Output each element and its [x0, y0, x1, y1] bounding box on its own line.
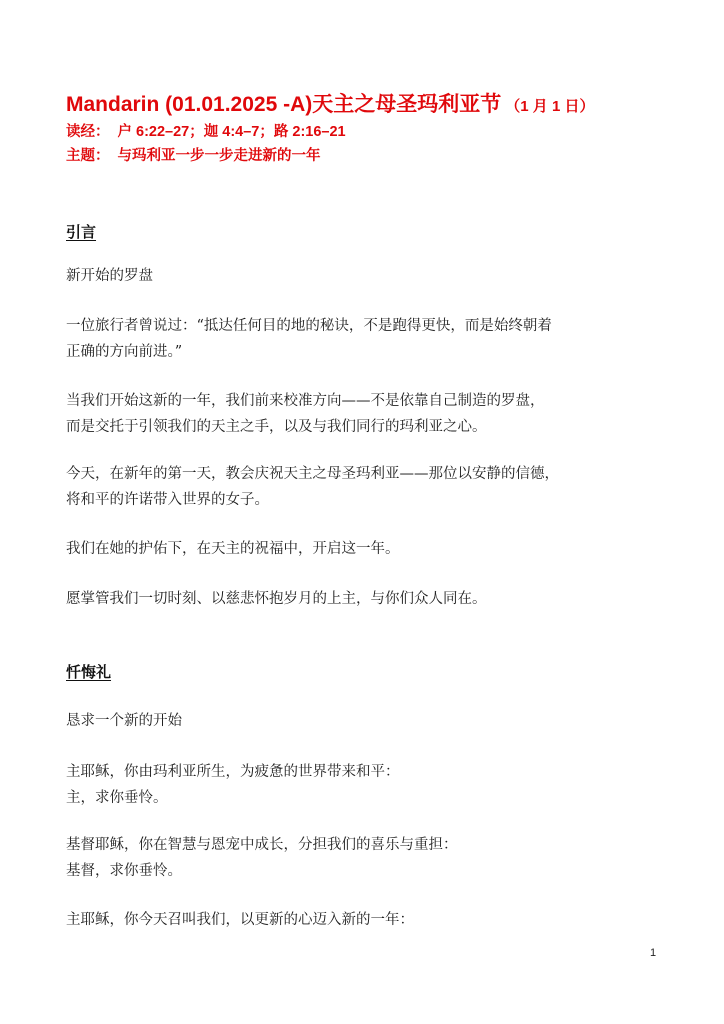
- paragraph-line: 当我们开始这新的一年，我们前来校准方向——不是依靠自己制造的罗盘，: [66, 388, 545, 414]
- paragraph-line: 恳求一个新的开始: [66, 708, 182, 734]
- theme-label: 主题：: [66, 148, 110, 164]
- title-text: Mandarin (01.01.2025 -A)天主之母圣玛利亚节: [66, 93, 501, 116]
- paragraph-line: 而是交托于引领我们的天主之手，以及与我们同行的玛利亚之心。: [66, 414, 545, 440]
- intro-paragraph-protection: 我们在她的护佑下，在天主的祝福中，开启这一年。: [66, 536, 400, 562]
- paragraph-line: 主耶稣，你今天召叫我们，以更新的心迈入新的一年：: [66, 907, 414, 933]
- penitential-invocation-2: 基督耶稣，你在智慧与恩宠中成长，分担我们的喜乐与重担： 基督，求你垂怜。: [66, 832, 458, 884]
- penitential-invocation-1: 主耶稣，你由玛利亚所生，为疲惫的世界带来和平： 主，求你垂怜。: [66, 759, 400, 811]
- readings-line: 读经：户 6:22–27；迦 4:4–7；路 2:16–21: [66, 120, 594, 144]
- penitential-subtitle: 恳求一个新的开始: [66, 708, 182, 734]
- document-header: Mandarin (01.01.2025 -A)天主之母圣玛利亚节（1 月 1 …: [66, 92, 594, 168]
- paragraph-line: 基督耶稣，你在智慧与恩宠中成长，分担我们的喜乐与重担：: [66, 832, 458, 858]
- theme-value: 与玛利亚一步一步走进新的一年: [118, 148, 321, 164]
- page-title: Mandarin (01.01.2025 -A)天主之母圣玛利亚节（1 月 1 …: [66, 92, 594, 120]
- document-page: Mandarin (01.01.2025 -A)天主之母圣玛利亚节（1 月 1 …: [0, 0, 724, 1024]
- paragraph-line: 将和平的许诺带入世界的女子。: [66, 487, 559, 513]
- theme-line: 主题：与玛利亚一步一步走进新的一年: [66, 144, 594, 168]
- paragraph-line: 我们在她的护佑下，在天主的祝福中，开启这一年。: [66, 536, 400, 562]
- intro-paragraph-compass: 当我们开始这新的一年，我们前来校准方向——不是依靠自己制造的罗盘， 而是交托于引…: [66, 388, 545, 440]
- intro-subtitle: 新开始的罗盘: [66, 263, 153, 289]
- paragraph-line: 一位旅行者曾说过：“抵达任何目的地的秘诀，不是跑得更快，而是始终朝着: [66, 313, 552, 339]
- title-date: （1 月 1 日）: [505, 98, 594, 115]
- paragraph-line: 今天，在新年的第一天，教会庆祝天主之母圣玛利亚——那位以安静的信德，: [66, 461, 559, 487]
- intro-paragraph-greeting: 愿掌管我们一切时刻、以慈悲怀抱岁月的上主，与你们众人同在。: [66, 586, 487, 612]
- paragraph-line: 主，求你垂怜。: [66, 785, 400, 811]
- paragraph-line: 正确的方向前进。”: [66, 339, 552, 365]
- section-heading-penitential-rite: 忏悔礼: [66, 661, 111, 682]
- paragraph-line: 愿掌管我们一切时刻、以慈悲怀抱岁月的上主，与你们众人同在。: [66, 586, 487, 612]
- section-heading-introduction: 引言: [66, 221, 96, 242]
- penitential-invocation-3: 主耶稣，你今天召叫我们，以更新的心迈入新的一年：: [66, 907, 414, 933]
- intro-paragraph-quote: 一位旅行者曾说过：“抵达任何目的地的秘诀，不是跑得更快，而是始终朝着 正确的方向…: [66, 313, 552, 365]
- intro-paragraph-feast: 今天，在新年的第一天，教会庆祝天主之母圣玛利亚——那位以安静的信德， 将和平的许…: [66, 461, 559, 513]
- paragraph-line: 基督，求你垂怜。: [66, 858, 458, 884]
- paragraph-line: 主耶稣，你由玛利亚所生，为疲惫的世界带来和平：: [66, 759, 400, 785]
- readings-label: 读经：: [66, 124, 110, 140]
- page-number: 1: [650, 947, 656, 959]
- paragraph-line: 新开始的罗盘: [66, 263, 153, 289]
- readings-value: 户 6:22–27；迦 4:4–7；路 2:16–21: [118, 124, 346, 140]
